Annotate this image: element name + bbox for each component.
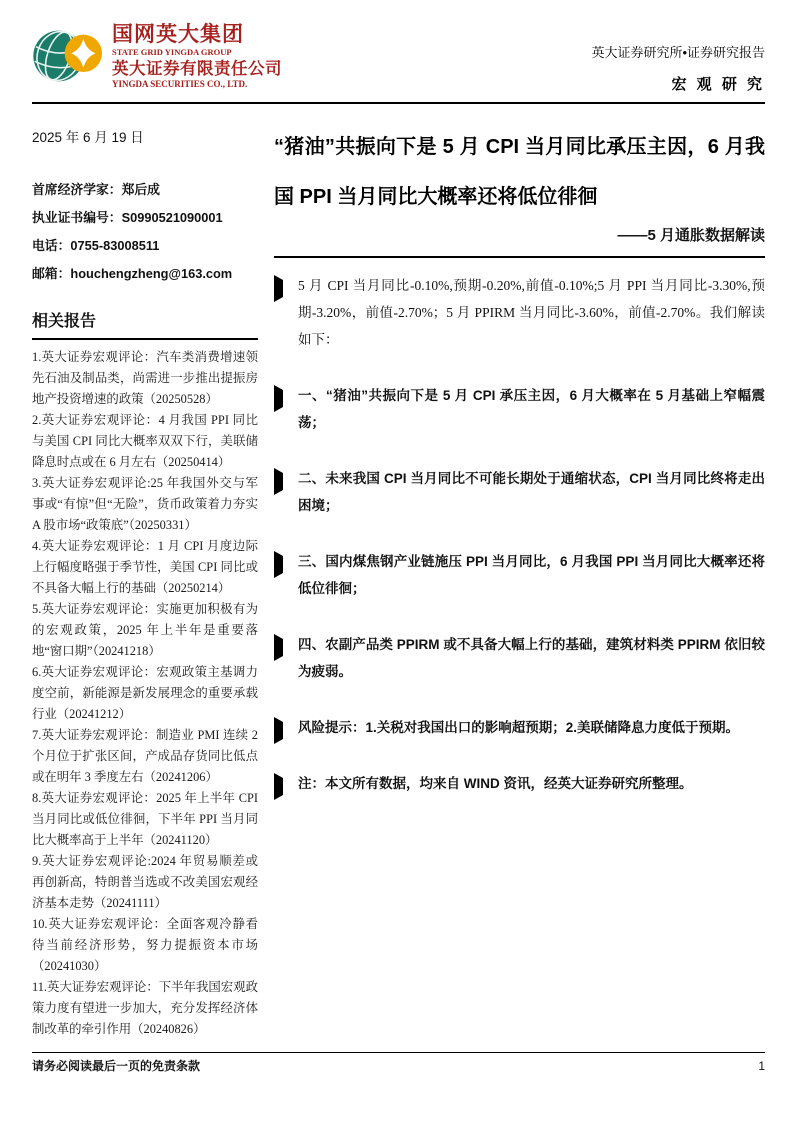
summary-bullet: 三、国内煤焦钢产业链施压 PPI 当月同比，6 月我国 PPI 当月同比大概率还…	[274, 548, 765, 602]
globe-logo-icon	[32, 24, 104, 88]
page-number: 1	[758, 1059, 765, 1073]
header-right: 英大证券研究所•证券研究报告 宏 观 研 究	[591, 24, 765, 94]
phone-number: 电话：0755-83008511	[32, 232, 258, 260]
summary-bullet: 风险提示：1.关税对我国出口的影响超预期；2.美联储降息力度低于预期。	[274, 714, 765, 741]
bullet-arrow-icon	[274, 465, 298, 519]
bullet-arrow-icon	[274, 272, 298, 353]
company-logo: 国网英大集团 STATE GRID YINGDA GROUP 英大证券有限责任公…	[32, 24, 282, 89]
related-report-item: 9.英大证券宏观评论:2024 年贸易顺差或再创新高，特朗普当选或不改美国宏观经…	[32, 851, 258, 914]
report-body: “猪油”共振向下是 5 月 CPI 当月同比承压主因，6 月我国 PPI 当月同…	[274, 116, 765, 1040]
summary-bullet: 注：本文所有数据，均来自 WIND 资讯，经英大证券研究所整理。	[274, 770, 765, 797]
bullet-text: 注：本文所有数据，均来自 WIND 资讯，经英大证券研究所整理。	[298, 770, 765, 797]
bullet-arrow-icon	[274, 382, 298, 436]
header: 国网英大集团 STATE GRID YINGDA GROUP 英大证券有限责任公…	[32, 24, 765, 94]
related-report-item: 11.英大证券宏观评论：下半年我国宏观政策力度有望进一步加大，充分发挥经济体制改…	[32, 977, 258, 1040]
disclaimer-text: 请务必阅读最后一页的免责条款	[32, 1057, 200, 1074]
header-divider	[32, 102, 765, 104]
bullet-arrow-icon	[274, 714, 298, 741]
license-number: 执业证书编号：S0990521090001	[32, 204, 258, 232]
summary-bullet: 四、农副产品类 PPIRM 或不具备大幅上行的基础，建筑材料类 PPIRM 依旧…	[274, 631, 765, 685]
logo-text-block: 国网英大集团 STATE GRID YINGDA GROUP 英大证券有限责任公…	[112, 24, 282, 89]
chief-economist: 首席经济学家：郑后成	[32, 176, 258, 204]
bullet-text: 三、国内煤焦钢产业链施压 PPI 当月同比，6 月我国 PPI 当月同比大概率还…	[298, 548, 765, 602]
related-report-item: 10.英大证券宏观评论：全面客观冷静看待当前经济形势，努力提振资本市场（2024…	[32, 914, 258, 977]
related-report-item: 5.英大证券宏观评论：实施更加积极有为的宏观政策，2025 年上半年是重要落地“…	[32, 599, 258, 662]
logo-company-name-en: YINGDA SECURITIES CO., LTD.	[112, 80, 282, 89]
bullet-text: 风险提示：1.关税对我国出口的影响超预期；2.美联储降息力度低于预期。	[298, 714, 765, 741]
bullet-text: 二、未来我国 CPI 当月同比不可能长期处于通缩状态，CPI 当月同比终将走出困…	[298, 465, 765, 519]
logo-group-name-en: STATE GRID YINGDA GROUP	[112, 48, 282, 57]
related-report-item: 2.英大证券宏观评论：4 月我国 PPI 同比与美国 CPI 同比大概率双双下行…	[32, 410, 258, 473]
report-category: 宏 观 研 究	[591, 73, 765, 94]
bullet-text: 一、“猪油”共振向下是 5 月 CPI 承压主因，6 月大概率在 5 月基础上窄…	[298, 382, 765, 436]
related-report-item: 7.英大证券宏观评论：制造业 PMI 连续 2 个月位于扩张区间，产成品存货同比…	[32, 725, 258, 788]
summary-bullets: 5 月 CPI 当月同比-0.10%,预期-0.20%,前值-0.10%;5 月…	[274, 272, 765, 797]
related-reports-list: 1.英大证券宏观评论：汽车类消费增速领先石油及制品类，尚需进一步推出提振房地产投…	[32, 347, 258, 1040]
related-report-item: 6.英大证券宏观评论：宏观政策主基调力度空前，新能源是新发展理念的重要承载行业（…	[32, 662, 258, 725]
logo-group-name-cn: 国网英大集团	[112, 24, 282, 45]
report-date: 2025 年 6 月 19 日	[32, 126, 258, 146]
analyst-contact-block: 首席经济学家：郑后成 执业证书编号：S0990521090001 电话：0755…	[32, 176, 258, 288]
related-report-item: 3.英大证券宏观评论:25 年我国外交与军事或“有惊”但“无险”，货币政策着力夯…	[32, 473, 258, 536]
related-report-item: 1.英大证券宏观评论：汽车类消费增速领先石油及制品类，尚需进一步推出提振房地产投…	[32, 347, 258, 410]
related-reports-heading: 相关报告	[32, 308, 258, 340]
summary-bullet: 5 月 CPI 当月同比-0.10%,预期-0.20%,前值-0.10%;5 月…	[274, 272, 765, 353]
bullet-arrow-icon	[274, 770, 298, 797]
email-address: 邮箱：houchengzheng@163.com	[32, 260, 258, 288]
sidebar: 2025 年 6 月 19 日 首席经济学家：郑后成 执业证书编号：S09905…	[32, 116, 258, 1040]
bullet-text: 5 月 CPI 当月同比-0.10%,预期-0.20%,前值-0.10%;5 月…	[298, 272, 765, 353]
related-report-item: 4.英大证券宏观评论：1 月 CPI 月度边际上行幅度略强于季节性，美国 CPI…	[32, 536, 258, 599]
bullet-text: 四、农副产品类 PPIRM 或不具备大幅上行的基础，建筑材料类 PPIRM 依旧…	[298, 631, 765, 685]
report-subtitle: ——5 月通胀数据解读	[274, 224, 765, 248]
bullet-arrow-icon	[274, 631, 298, 685]
title-divider	[274, 256, 765, 258]
related-report-item: 8.英大证券宏观评论：2025 年上半年 CPI 当月同比或低位徘徊，下半年 P…	[32, 788, 258, 851]
footer: 请务必阅读最后一页的免责条款 1	[32, 1052, 765, 1074]
institute-line: 英大证券研究所•证券研究报告	[591, 42, 765, 61]
report-page: 国网英大集团 STATE GRID YINGDA GROUP 英大证券有限责任公…	[0, 0, 793, 1122]
summary-bullet: 一、“猪油”共振向下是 5 月 CPI 承压主因，6 月大概率在 5 月基础上窄…	[274, 382, 765, 436]
summary-bullet: 二、未来我国 CPI 当月同比不可能长期处于通缩状态，CPI 当月同比终将走出困…	[274, 465, 765, 519]
report-title: “猪油”共振向下是 5 月 CPI 当月同比承压主因，6 月我国 PPI 当月同…	[274, 122, 765, 222]
bullet-arrow-icon	[274, 548, 298, 602]
footer-divider	[32, 1052, 765, 1053]
logo-company-name-cn: 英大证券有限责任公司	[112, 61, 282, 78]
